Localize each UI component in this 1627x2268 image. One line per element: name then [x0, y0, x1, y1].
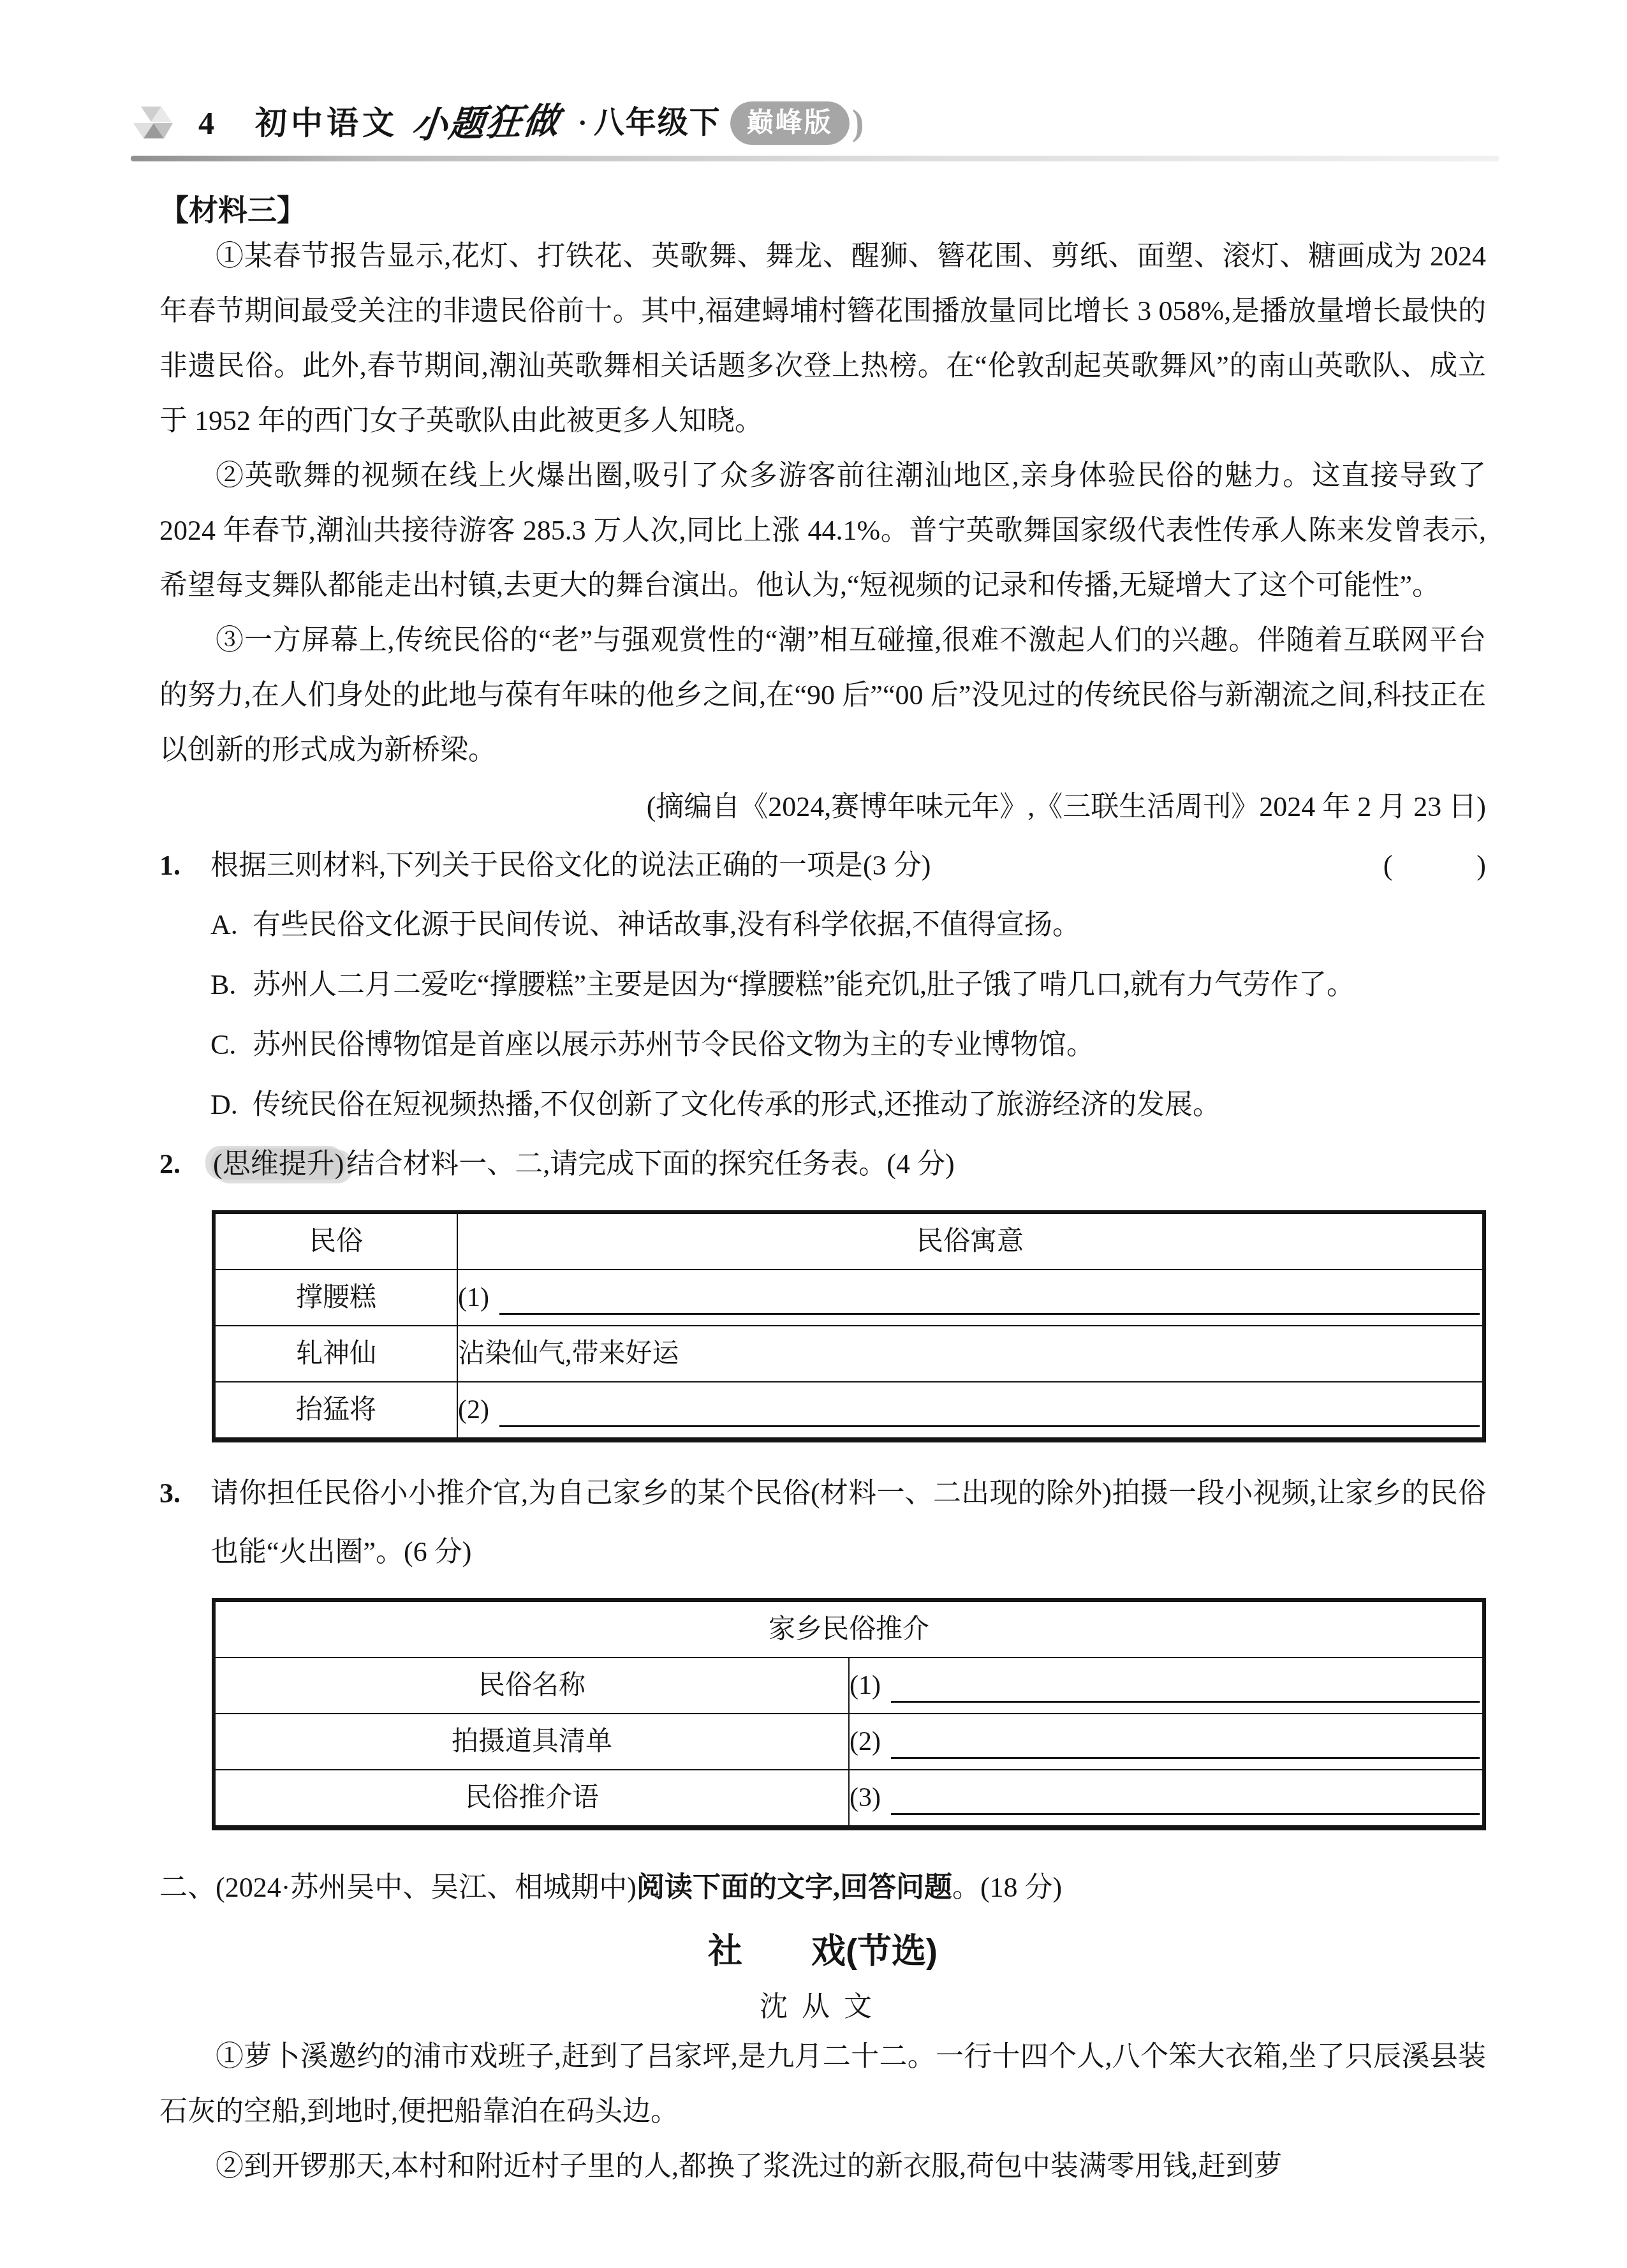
hometown-row3-answer-cell: (3)	[849, 1770, 1484, 1828]
option-b-label: B.	[210, 955, 253, 1015]
material-paragraph-1: ①某春节报告显示,花灯、打铁花、英歌舞、舞龙、醒狮、簪花围、剪纸、面塑、滚灯、糖…	[159, 229, 1486, 448]
passage-paragraph-2: ②到开锣那天,本村和附近村子里的人,都换了浆洗过的新衣服,荷包中装满零用钱,赶到…	[159, 2139, 1486, 2194]
material-paragraph-2: ②英歌舞的视频在线上火爆出圈,吸引了众多游客前往潮汕地区,亲身体验民俗的魅力。这…	[159, 448, 1486, 613]
material-three-label: 【材料三】	[159, 191, 1486, 229]
separator-dot: ·	[578, 109, 587, 137]
folk-row2-name: 轧神仙	[214, 1326, 457, 1382]
folk-table-header-custom: 民俗	[214, 1212, 457, 1270]
passage-author: 沈从文	[159, 1985, 1486, 2029]
answer-prefix-3: (1)	[850, 1658, 881, 1713]
option-b-text: 苏州人二月二爱吃“撑腰糕”主要是因为“撑腰糕”能充饥,肚子饿了啃几口,就有力气劳…	[253, 955, 1486, 1015]
answer-blank-5	[891, 1813, 1480, 1815]
header-divider	[131, 156, 1499, 161]
answer-blank-1	[499, 1313, 1480, 1315]
folk-row1-answer-cell: (1)	[457, 1270, 1484, 1326]
question-3-stem: 请你担任民俗小小推介官,为自己家乡的某个民俗(材料一、二出现的除外)拍摄一段小视…	[210, 1464, 1486, 1582]
question-3-number: 3.	[159, 1464, 210, 1523]
question-1-option-c: C. 苏州民俗博物馆是首座以展示苏州节令民俗文物为主的专业博物馆。	[159, 1015, 1486, 1075]
question-1-option-d: D. 传统民俗在短视频热播,不仅创新了文化传承的形式,还推动了旅游经济的发展。	[159, 1075, 1486, 1135]
question-1-option-a: A. 有些民俗文化源于民间传说、神话故事,没有科学依据,不值得宣扬。	[159, 895, 1486, 955]
edition-badge: 巅峰版	[730, 101, 850, 145]
passage-paragraph-1: ①萝卜溪邀约的浦市戏班子,赶到了吕家坪,是九月二十二。一行十四个人,八个笨大衣箱…	[159, 2029, 1486, 2139]
table-row: 拍摄道具清单 (2)	[214, 1714, 1484, 1770]
hometown-row1-answer-cell: (1)	[849, 1657, 1484, 1714]
option-c-label: C.	[210, 1015, 253, 1075]
hometown-row2-answer-cell: (2)	[849, 1714, 1484, 1770]
page-content: 【材料三】 ①某春节报告显示,花灯、打铁花、英歌舞、舞龙、醒狮、簪花围、剪纸、面…	[159, 191, 1486, 2194]
source-attribution: (摘编自《2024,赛博年味元年》,《三联生活周刊》2024 年 2 月 23 …	[159, 778, 1486, 836]
question-2-stem-text: 结合材料一、二,请完成下面的探究任务表。(4 分)	[346, 1148, 954, 1180]
workbook-page: 4 初中语文 小题狂做 · 八年级下 巅峰版 ) 【材料三】 ①某春节报告显示,…	[0, 0, 1627, 2268]
table-row: 民俗名称 (1)	[214, 1657, 1484, 1714]
answer-prefix-2: (2)	[458, 1382, 489, 1437]
table-row: 轧神仙 沾染仙气,带来好运	[214, 1326, 1484, 1382]
page-number: 4	[198, 107, 214, 139]
table-row: 家乡民俗推介	[214, 1600, 1484, 1657]
skill-tag-highlight: (思维提升)	[210, 1148, 346, 1180]
material-paragraph-3: ③一方屏幕上,传统民俗的“老”与强观赏性的“潮”相互碰撞,很难不激起人们的兴趣。…	[159, 613, 1486, 778]
folk-table-header-meaning: 民俗寓意	[457, 1212, 1484, 1270]
table-row: 民俗 民俗寓意	[214, 1212, 1484, 1270]
section-two-heading: 二、(2024·苏州吴中、吴江、相城期中)阅读下面的文字,回答问题。(18 分)	[159, 1858, 1486, 1917]
brand-logotype: 小题狂做	[410, 103, 563, 144]
section-two-directive: 阅读下面的文字,回答问题	[637, 1872, 952, 1903]
question-2-stem: (思维提升)结合材料一、二,请完成下面的探究任务表。(4 分)	[210, 1135, 1486, 1194]
passage-title: 社 戏(节选)	[159, 1927, 1486, 1976]
hometown-row3-label: 民俗推介语	[214, 1770, 849, 1828]
option-d-label: D.	[210, 1075, 253, 1135]
table-row: 民俗推介语 (3)	[214, 1770, 1484, 1828]
folk-row3-answer-cell: (2)	[457, 1382, 1484, 1440]
question-2-number: 2.	[159, 1135, 210, 1194]
question-1-answer-parens: ( )	[1383, 836, 1486, 895]
answer-blank-4	[891, 1757, 1480, 1759]
question-1-option-b: B. 苏州人二月二爱吃“撑腰糕”主要是因为“撑腰糕”能充饥,肚子饿了啃几口,就有…	[159, 955, 1486, 1015]
hometown-table-title: 家乡民俗推介	[214, 1600, 1484, 1657]
grade-label: 八年级下	[594, 108, 721, 138]
option-c-text: 苏州民俗博物馆是首座以展示苏州节令民俗文物为主的专业博物馆。	[253, 1015, 1486, 1075]
header-row: 4 初中语文 小题狂做 · 八年级下 巅峰版 )	[131, 96, 1499, 151]
table-row: 撑腰糕 (1)	[214, 1270, 1484, 1326]
badge-paren-glyph: )	[852, 105, 864, 141]
answer-prefix-5: (3)	[850, 1770, 881, 1825]
hometown-row2-label: 拍摄道具清单	[214, 1714, 849, 1770]
question-1-stem: 根据三则材料,下列关于民俗文化的说法正确的一项是(3 分)	[210, 836, 1371, 895]
folk-row2-value: 沾染仙气,带来好运	[457, 1326, 1484, 1382]
answer-prefix-4: (2)	[850, 1714, 881, 1769]
option-a-label: A.	[210, 895, 253, 955]
hometown-custom-table: 家乡民俗推介 民俗名称 (1) 拍摄道具清单 (2) 民俗推介语	[212, 1598, 1486, 1830]
folk-custom-table: 民俗 民俗寓意 撑腰糕 (1) 轧神仙 沾染仙气,带来好运 抬猛将 (2)	[212, 1210, 1486, 1442]
answer-prefix-1: (1)	[458, 1270, 489, 1325]
section-two-points: 。(18 分)	[952, 1872, 1062, 1903]
page-header: 4 初中语文 小题狂做 · 八年级下 巅峰版 )	[131, 96, 1499, 161]
section-two-prefix: 二、(2024·苏州吴中、吴江、相城期中)	[159, 1872, 637, 1903]
question-1-number: 1.	[159, 836, 210, 895]
folk-row3-name: 抬猛将	[214, 1382, 457, 1440]
table-row: 抬猛将 (2)	[214, 1382, 1484, 1440]
question-2: 2. (思维提升)结合材料一、二,请完成下面的探究任务表。(4 分)	[159, 1135, 1486, 1194]
answer-blank-2	[499, 1425, 1480, 1427]
folk-row1-name: 撑腰糕	[214, 1270, 457, 1326]
option-a-text: 有些民俗文化源于民间传说、神话故事,没有科学依据,不值得宣扬。	[253, 895, 1486, 955]
triangle-logo-icon	[131, 100, 175, 147]
option-d-text: 传统民俗在短视频热播,不仅创新了文化传承的形式,还推动了旅游经济的发展。	[253, 1075, 1486, 1135]
answer-blank-3	[891, 1701, 1480, 1703]
series-title: 初中语文	[255, 107, 398, 139]
question-1: 1. 根据三则材料,下列关于民俗文化的说法正确的一项是(3 分) ( )	[159, 836, 1486, 895]
hometown-row1-label: 民俗名称	[214, 1657, 849, 1714]
question-3: 3. 请你担任民俗小小推介官,为自己家乡的某个民俗(材料一、二出现的除外)拍摄一…	[159, 1464, 1486, 1582]
